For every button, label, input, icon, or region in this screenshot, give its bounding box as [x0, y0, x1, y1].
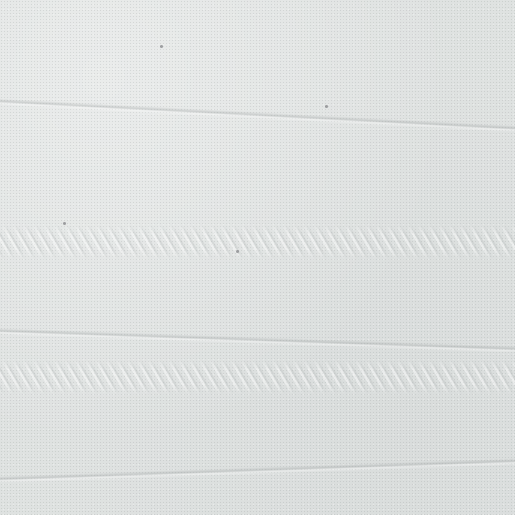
speck [160, 45, 163, 48]
paper-texture [0, 0, 515, 515]
emboss-band-lower [0, 360, 515, 394]
speck [325, 105, 328, 108]
emboss-band-upper [0, 225, 515, 259]
speck [63, 222, 66, 225]
speck [236, 250, 239, 253]
